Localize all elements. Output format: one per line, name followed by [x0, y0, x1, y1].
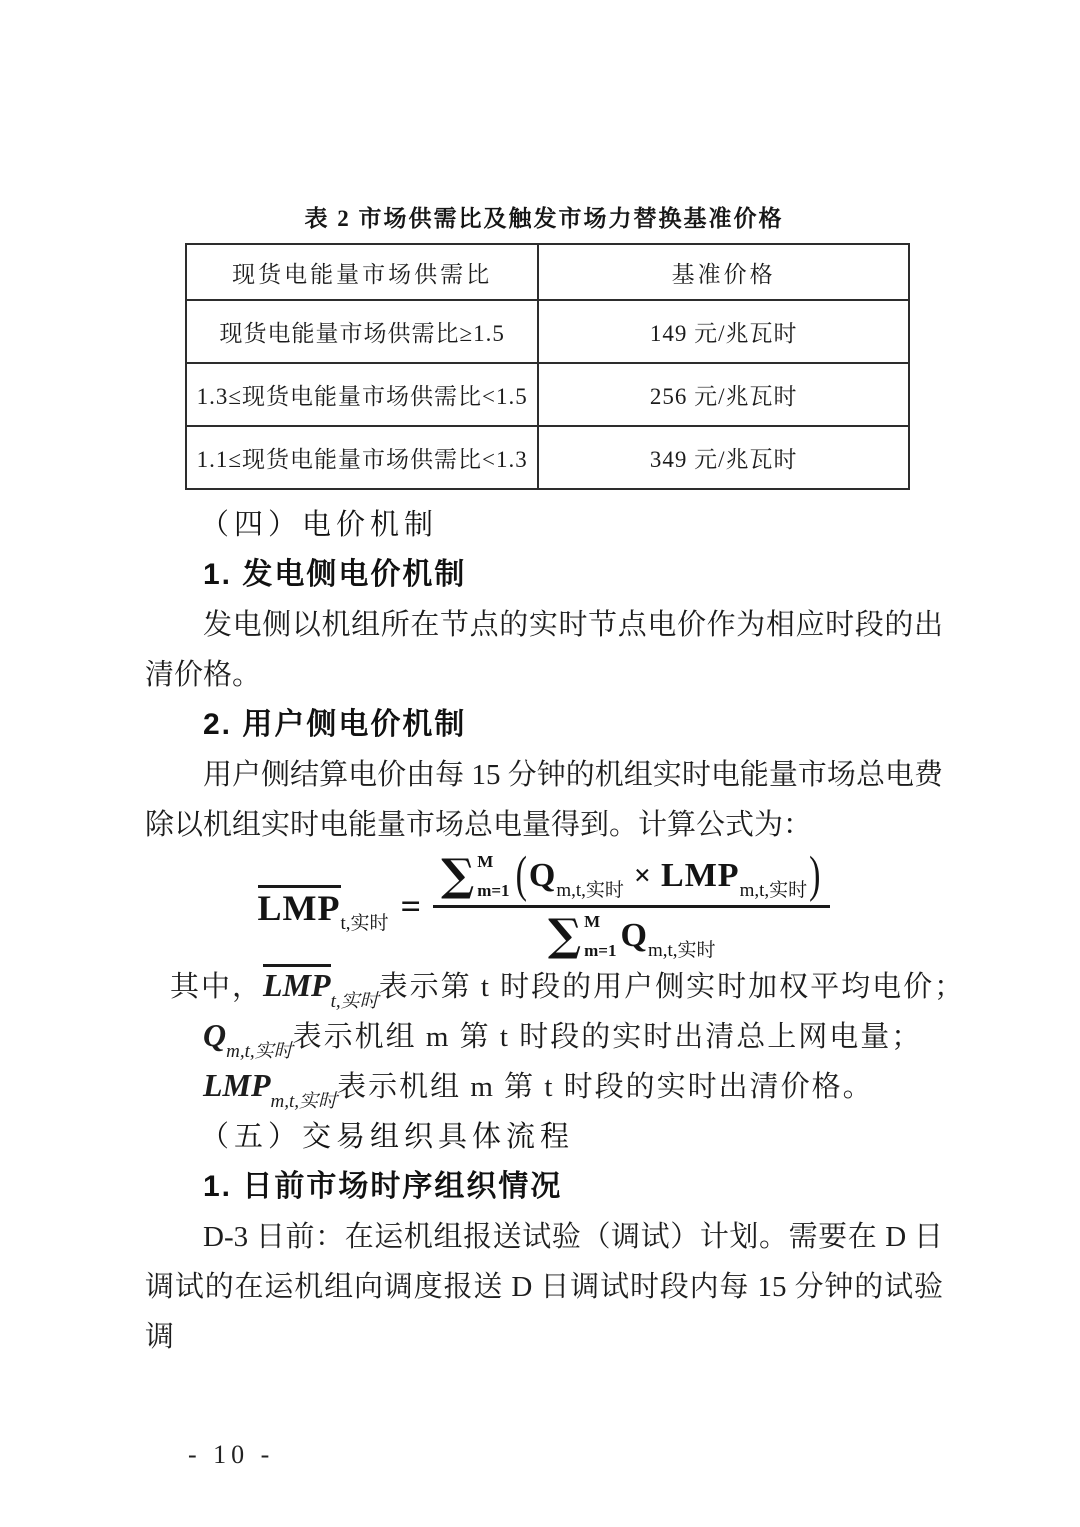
q-symbol: Q — [621, 918, 648, 954]
formula-fraction: ∑ Mm=1 ( Qm,t,实时 × LMPm,t,实时 ) ∑ Mm=1 — [433, 853, 830, 959]
table-row: 1.3≤现货电能量市场供需比<1.5 256 元/兆瓦时 — [186, 363, 909, 426]
sigma-glyph: ∑ — [548, 914, 581, 958]
lmp-bar-symbol: LMP — [263, 964, 331, 1001]
q-subscript: m,t,实时 — [648, 941, 716, 960]
paragraph-line: 发电侧以机组所在节点的实时节点电价作为相应时段的出 — [145, 600, 943, 650]
price-table: 现货电能量市场供需比 基准价格 现货电能量市场供需比≥1.5 149 元/兆瓦时… — [185, 243, 910, 490]
paragraph-5-1: D-3 日前：在运机组报送试验（调试）计划。需要在 D 日 调试的在运机组向调度… — [145, 1212, 943, 1312]
symbol-subscript: m,t,实时 — [226, 1041, 293, 1062]
formula-explanation-2: Qm,t,实时表示机组 m 第 t 时段的实时出清总上网电量； — [145, 1012, 943, 1062]
sigma-glyph: ∑ — [441, 854, 474, 898]
q-symbol: Q — [529, 858, 556, 894]
explanation-text: 表示机组 m 第 t 时段的实时出清总上网电量； — [293, 1021, 923, 1053]
table-cell-price: 349 元/兆瓦时 — [538, 426, 909, 489]
summation-symbol: ∑ Mm=1 — [441, 853, 510, 899]
table-cell-price: 256 元/兆瓦时 — [538, 363, 909, 426]
table-cell-condition: 现货电能量市场供需比≥1.5 — [186, 300, 538, 363]
section-4-heading: （四）电价机制 — [145, 500, 943, 550]
formula-explanation-3: LMPm,t,实时表示机组 m 第 t 时段的实时出清价格。 — [145, 1062, 943, 1112]
table-cell-condition: 1.3≤现货电能量市场供需比<1.5 — [186, 363, 538, 426]
paragraph-line: 除以机组实时电能量市场总电量得到。计算公式为： — [145, 800, 943, 850]
paragraph-line: 用户侧结算电价由每 15 分钟的机组实时电能量市场总电费 — [145, 750, 943, 800]
paragraph-4-2: 用户侧结算电价由每 15 分钟的机组实时电能量市场总电费 除以机组实时电能量市场… — [145, 750, 943, 850]
section-4-2-heading: 2. 用户侧电价机制 — [145, 700, 943, 750]
paragraph-line: 清价格。 — [145, 650, 943, 700]
paragraph-4-1: 发电侧以机组所在节点的实时节点电价作为相应时段的出 清价格。 — [145, 600, 943, 700]
document-page: 表 2 市场供需比及触发市场力替换基准价格 现货电能量市场供需比 基准价格 现货… — [0, 0, 1080, 1527]
quantity-term: Qm,t,实时 — [529, 858, 624, 894]
sum-upper-limit: M — [477, 853, 509, 870]
open-paren: ( — [516, 851, 527, 902]
table-caption: 表 2 市场供需比及触发市场力替换基准价格 — [145, 195, 943, 243]
lmp-term: LMPm,t,实时 — [661, 858, 807, 894]
body-text: （四）电价机制 1. 发电侧电价机制 发电侧以机组所在节点的实时节点电价作为相应… — [145, 500, 943, 1312]
sum-lower-limit: m=1 — [584, 942, 616, 959]
table-header-row: 现货电能量市场供需比 基准价格 — [186, 244, 909, 300]
table-header-base-price: 基准价格 — [538, 244, 909, 300]
section-5-1-heading: 1. 日前市场时序组织情况 — [145, 1162, 943, 1212]
summation-limits: Mm=1 — [477, 853, 509, 899]
equals-sign: = — [401, 888, 422, 924]
sum-lower-limit: m=1 — [477, 882, 509, 899]
symbol-subscript: m,t,实时 — [271, 1091, 338, 1112]
table-row: 1.1≤现货电能量市场供需比<1.3 349 元/兆瓦时 — [186, 426, 909, 489]
page-content: 表 2 市场供需比及触发市场力替换基准价格 现货电能量市场供需比 基准价格 现货… — [145, 195, 943, 1312]
fraction-numerator: ∑ Mm=1 ( Qm,t,实时 × LMPm,t,实时 ) — [433, 853, 830, 908]
quantity-term: Qm,t,实时 — [621, 918, 716, 954]
table-header-supply-demand: 现货电能量市场供需比 — [186, 244, 538, 300]
paragraph-line: D-3 日前：在运机组报送试验（调试）计划。需要在 D 日 — [145, 1212, 943, 1262]
table-cell-condition: 1.1≤现货电能量市场供需比<1.3 — [186, 426, 538, 489]
lmp-bar-subscript: t,实时 — [341, 914, 389, 933]
explanation-text: 表示机组 m 第 t 时段的实时出清价格。 — [337, 1071, 874, 1103]
lmp-symbol: LMP — [661, 858, 740, 894]
fraction-denominator: ∑ Mm=1 Qm,t,实时 — [548, 908, 716, 959]
table-cell-price: 149 元/兆瓦时 — [538, 300, 909, 363]
formula-lhs: LMPt,实时 — [258, 885, 389, 928]
table-row: 现货电能量市场供需比≥1.5 149 元/兆瓦时 — [186, 300, 909, 363]
summation-symbol: ∑ Mm=1 — [548, 913, 617, 959]
formula-explanation-1: 其中，LMPt,实时表示第 t 时段的用户侧实时加权平均电价； — [145, 962, 943, 1012]
paragraph-line: 调试的在运机组向调度报送 D 日调试时段内每 15 分钟的试验调 — [145, 1262, 943, 1312]
page-number: - 10 - — [188, 1440, 274, 1470]
lmp-weighted-average-formula: LMPt,实时 = ∑ Mm=1 ( Qm,t,实时 × LMPm,t,实时 ) — [145, 850, 943, 962]
lmp-subscript: m,t,实时 — [740, 881, 808, 900]
explanation-prefix: 其中， — [170, 971, 263, 1003]
sum-upper-limit: M — [584, 913, 616, 930]
explanation-text: 表示第 t 时段的用户侧实时加权平均电价； — [379, 971, 966, 1003]
lmp-bar-symbol: LMP — [258, 885, 341, 928]
section-5-heading: （五）交易组织具体流程 — [145, 1112, 943, 1162]
symbol-subscript: t,实时 — [331, 991, 379, 1012]
q-symbol: Q — [203, 1017, 226, 1053]
q-subscript: m,t,实时 — [556, 881, 624, 900]
summation-limits: Mm=1 — [584, 913, 616, 959]
multiplication-sign: × — [634, 861, 651, 891]
lmp-symbol: LMP — [203, 1067, 271, 1103]
close-paren: ) — [809, 851, 820, 902]
section-4-1-heading: 1. 发电侧电价机制 — [145, 550, 943, 600]
